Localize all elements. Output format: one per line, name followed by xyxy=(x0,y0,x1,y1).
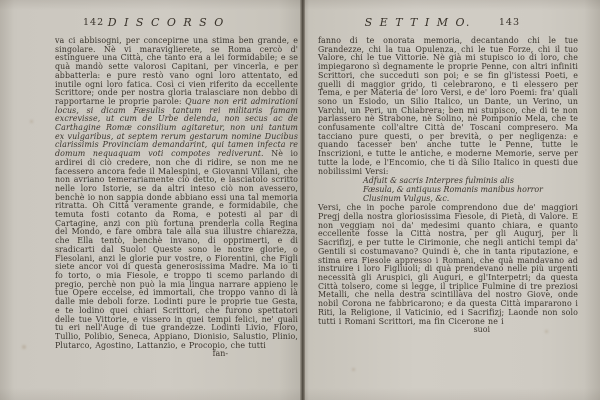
page-gutter xyxy=(300,0,305,400)
left-catchword: fan- xyxy=(55,350,298,359)
foxing-spot xyxy=(545,330,548,333)
right-page-number: 143 xyxy=(499,17,520,28)
left-page: 142 D I S C O R S O va ci abbisogni, per… xyxy=(0,0,303,400)
foxing-spot xyxy=(352,368,355,371)
foxing-spot xyxy=(100,306,103,309)
left-running-title: D I S C O R S O xyxy=(35,16,298,29)
left-running-head: 142 D I S C O R S O xyxy=(55,16,298,30)
left-page-body: va ci abbisogni, per concepirne una stim… xyxy=(55,37,298,350)
right-catchword: suoi xyxy=(318,326,578,335)
foxing-spot xyxy=(22,345,26,349)
right-page-body: fanno di te onorata memoria, decantando … xyxy=(318,37,578,176)
right-running-head: S E T T I M O. 143 xyxy=(318,16,578,30)
foxing-spot xyxy=(30,120,33,123)
right-running-title: S E T T I M O. xyxy=(318,16,518,29)
verse-line: Clusinum Vulgus, &c. xyxy=(363,195,578,204)
verse-block: Adfuit & sacris Interpres fulminis alisF… xyxy=(363,177,578,203)
right-page-body-after-verse: Versi, che in poche parole comprendono d… xyxy=(318,204,578,326)
foxing-spot xyxy=(58,252,62,256)
right-page: S E T T I M O. 143 fanno di te onorata m… xyxy=(303,0,600,400)
book-photo: 142 D I S C O R S O va ci abbisogni, per… xyxy=(0,0,600,400)
